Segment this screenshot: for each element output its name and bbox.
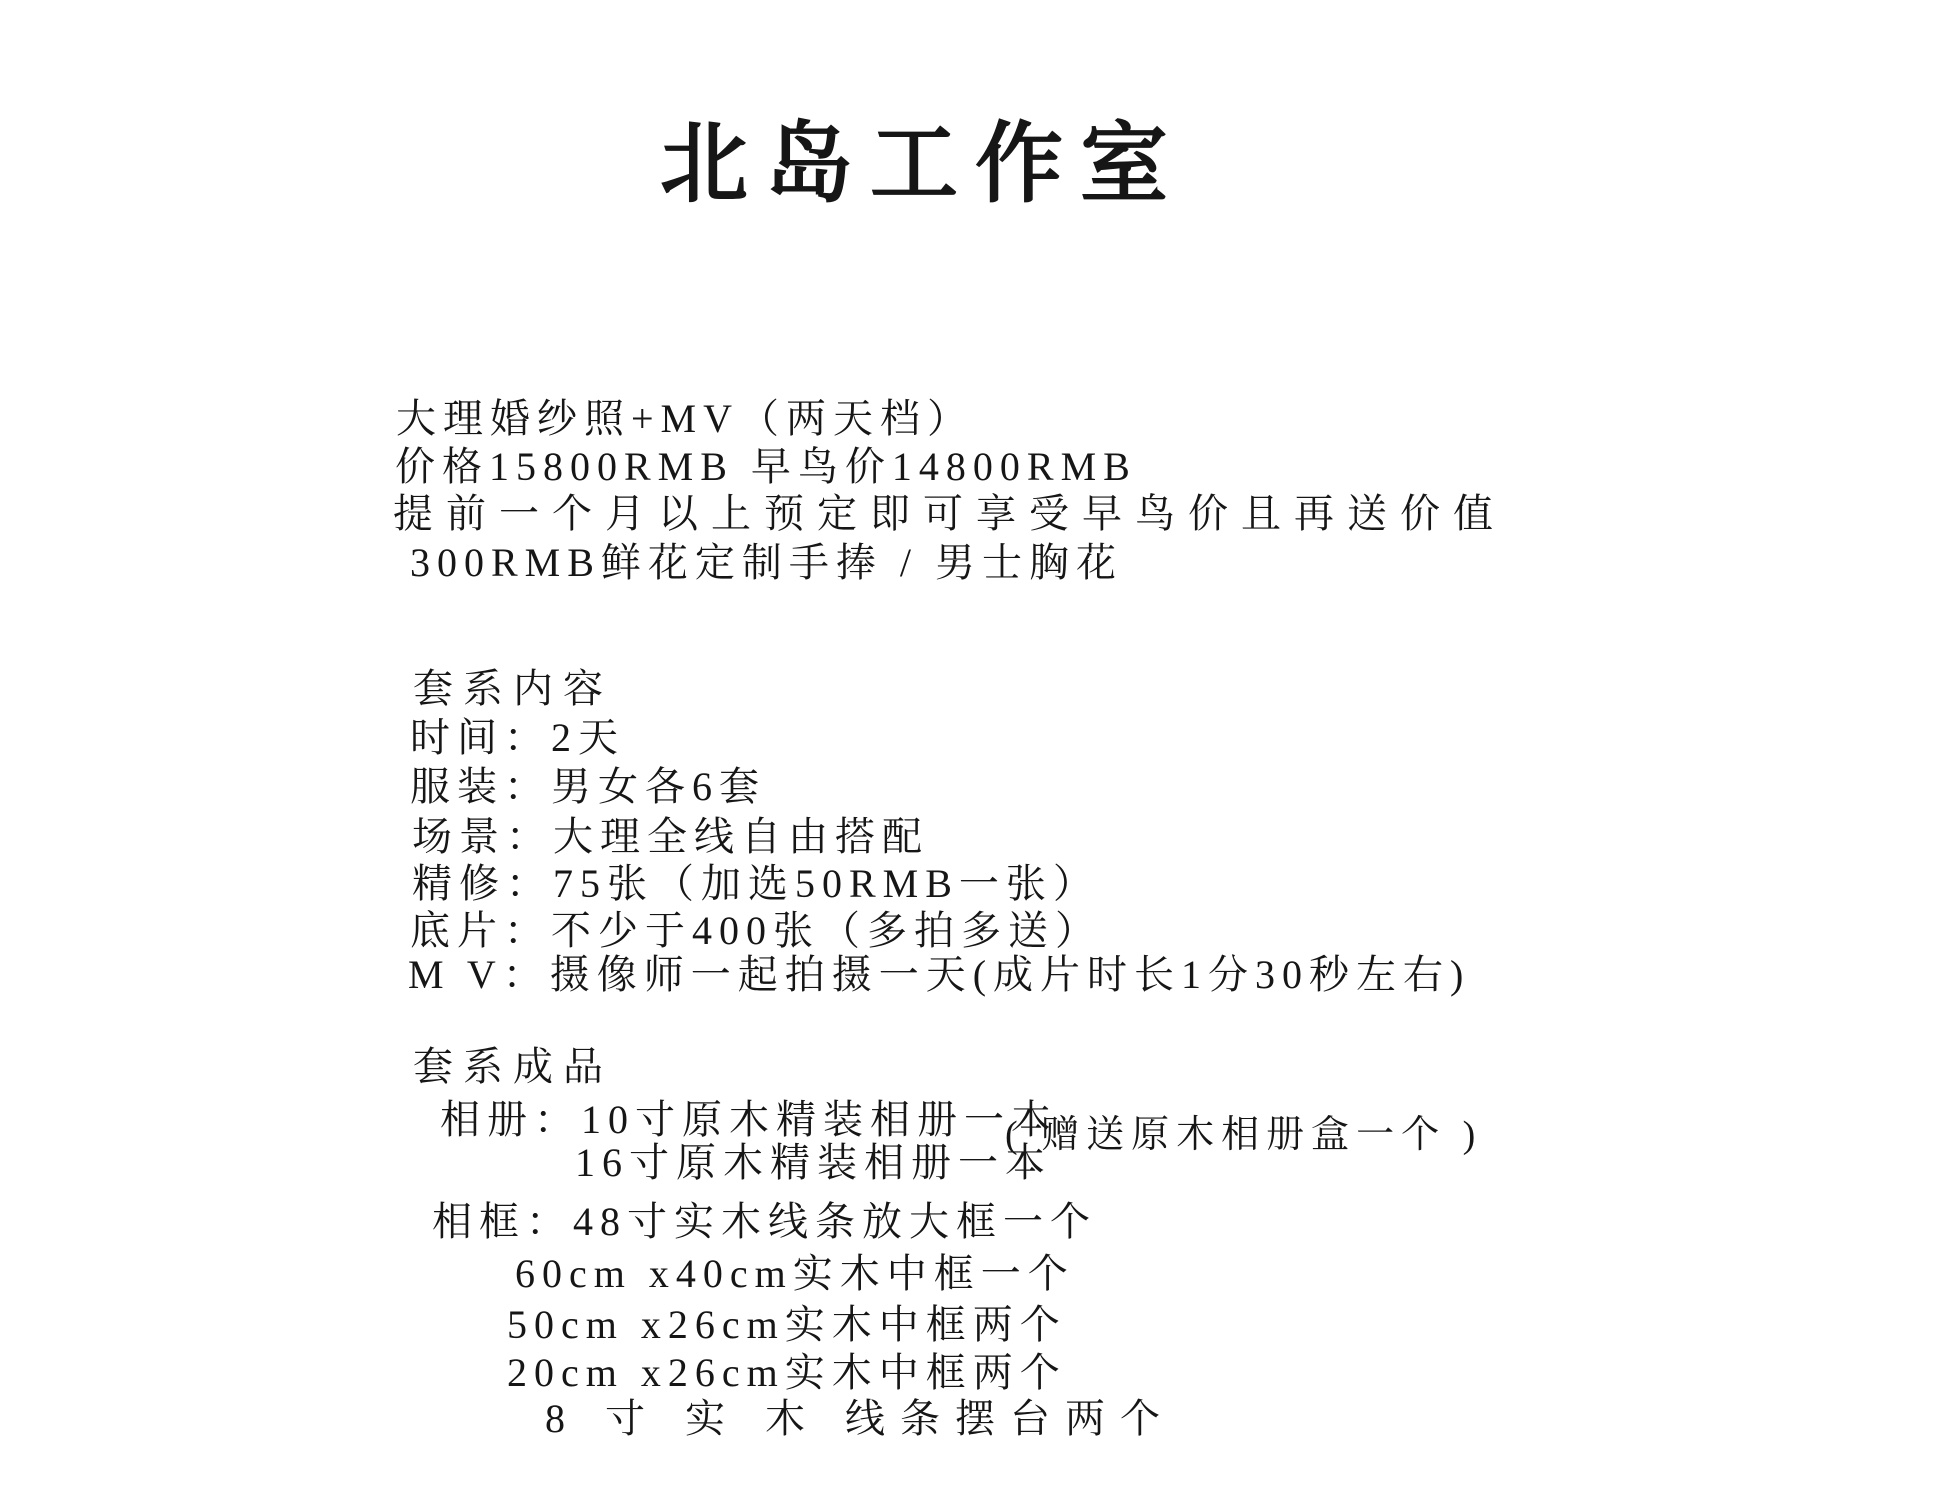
- section-heading-package-products: 套系成品: [413, 1044, 613, 1090]
- intro-line-gift: 300RMB鲜花定制手捧 / 男士胸花: [410, 540, 1123, 586]
- section-heading-package-content: 套系内容: [413, 666, 613, 712]
- album-line-1: 相册：10寸原木精装相册一本: [440, 1097, 1058, 1143]
- content-line-duration: 时间：2天: [410, 715, 625, 761]
- content-line-retouched-photos: 精修：75张（加选50RMB一张）: [412, 861, 1100, 907]
- frame-line-1: 相框：48寸实木线条放大框一个: [432, 1199, 1097, 1245]
- content-line-outfits: 服装：男女各6套: [410, 764, 766, 810]
- content-line-negatives: 底片：不少于400张（多拍多送）: [410, 908, 1102, 954]
- intro-line-price: 价格15800RMB 早鸟价14800RMB: [395, 444, 1137, 490]
- content-line-mv: M V：摄像师一起拍摄一天(成片时长1分30秒左右): [408, 952, 1470, 998]
- album-bonus-note: ( 赠送原木相册盒一个 ): [1005, 1114, 1482, 1158]
- album-line-2: 16寸原木精装相册一本: [575, 1140, 1052, 1186]
- intro-line-package-name: 大理婚纱照+MV（两天档）: [396, 396, 974, 442]
- studio-title: 北岛工作室: [660, 118, 1185, 215]
- frame-line-3: 50cm x26cm实木中框两个: [507, 1302, 1067, 1348]
- price-list-page: 北岛工作室 大理婚纱照+MV（两天档） 价格15800RMB 早鸟价14800R…: [0, 0, 1950, 1498]
- frame-line-4: 20cm x26cm实木中框两个: [507, 1350, 1067, 1396]
- frame-line-5: 8 寸 实 木 线条摆台两个: [545, 1396, 1175, 1442]
- intro-line-earlybird-promo: 提前一个月以上预定即可享受早鸟价且再送价值: [393, 491, 1506, 537]
- content-line-scenes: 场景：大理全线自由搭配: [412, 814, 929, 860]
- frame-line-2: 60cm x40cm实木中框一个: [515, 1251, 1075, 1297]
